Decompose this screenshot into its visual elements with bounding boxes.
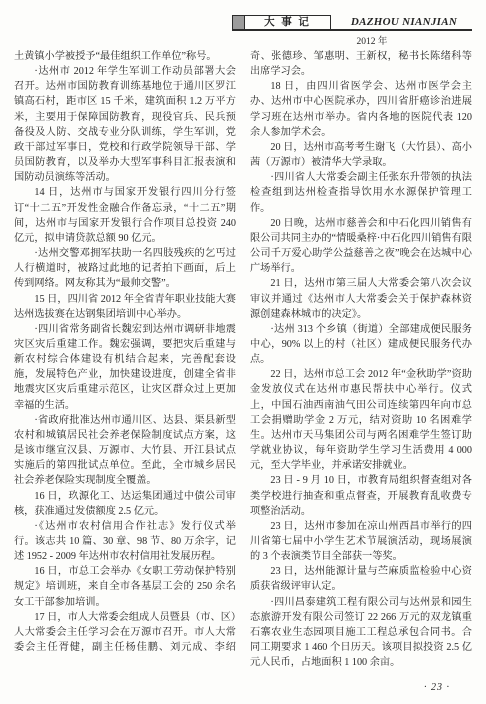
yearbook-page: 大 事 记 DAZHOU NIANJIAN 2012 年 土黄镇小学被授予“最佳… (0, 0, 486, 704)
paragraph: 23 日，达州能源计量与苎麻质监检验中心资质获省级评审认定。 (250, 564, 472, 594)
paragraph: 23 日，达州市参加在凉山州西昌市举行的四川省第七届中小学生艺术节展演活动，现场… (250, 519, 472, 564)
paragraph: ·四川省常务副省长魏宏到达州市调研非地震灾区灾后重建工作。魏宏强调，要把灾后重建… (14, 322, 236, 413)
paragraph: ·《达州市农村信用合作社志》发行仪式举行。该志共 10 篇、30 章、98 节、… (14, 519, 236, 564)
section-marker-square (233, 16, 245, 29)
paragraph: 15 日，四川省 2012 年全省青年职业技能大赛达州选拔赛在达钢集团培训中心举… (14, 292, 236, 322)
section-title-box: 大 事 记 (232, 15, 331, 30)
paragraph: ·四川省人大常委会副主任张东升带领的执法检查组到达州检查指导饮用水水源保护管理工… (250, 170, 472, 215)
paragraph: 20 日晚，达州市慈善会和中石化四川销售有限公司共同主办的“情暖桑梓·中石化四川… (250, 216, 472, 277)
paragraph: ·达州 313 个乡镇（街道）全部建成便民服务中心，90% 以上的村（社区）建成… (250, 322, 472, 367)
header-rule (232, 29, 472, 31)
paragraph: 16 日，玖源化工、达运集团通过中债公司审核，获准通过发债额度 2.5 亿元。 (14, 489, 236, 519)
paragraph: ·达州市 2012 年学生军训工作动员部署大会召开。达州市国防教育训练基地位于通… (14, 64, 236, 185)
paragraph: ·达州交警邓拥军扶助一名四肢残疾的乞丐过人行横道时，被路过此地的记者拍下画面，后… (14, 246, 236, 291)
article-columns: 土黄镇小学被授予“最佳组织工作单位”称号。·达州市 2012 年学生军训工作动员… (14, 49, 472, 671)
paragraph: 22 日，达州市总工会 2012 年“金秋助学”资助金发放仪式在达州市惠民帮扶中… (250, 367, 472, 473)
paragraph: 土黄镇小学被授予“最佳组织工作单位”称号。 (14, 49, 236, 64)
year-label: 2012 年 (330, 33, 414, 47)
paragraph: 14 日，达州市与国家开发银行四川分行签订“十二五”开发性金融合作备忘录，“十二… (14, 185, 236, 246)
paragraph: 16 日，市总工会举办《女职工劳动保护特别规定》培训班，来自全市各基层工会的 2… (14, 564, 236, 609)
paragraph: ·省政府批准达州市通川区、达县、渠县新型农村和城镇居民社会养老保险制度试点方案，… (14, 413, 236, 489)
paragraph: 20 日，达州市高考考生谢飞（大竹县）、高小茜（万源市）被清华大学录取。 (250, 140, 472, 170)
page-number: · 23 · (424, 682, 450, 693)
paragraph: 23 日 - 9 月 10 日，市教育局组织督查组对各类学校进行抽查和重点督查，… (250, 473, 472, 518)
paragraph: 21 日，达州市第三届人大常委会第八次会议审议并通过《达州市人大常委会关于保护森… (250, 276, 472, 321)
section-title: 大 事 记 (245, 16, 330, 29)
paragraph: 18 日，由四川省医学会、达州市医学会主办、达州市中心医院承办，四川省肝癌诊治进… (250, 79, 472, 140)
journal-title: DAZHOU NIANJIAN (338, 16, 470, 28)
paragraph: ·四川昌泰建筑工程有限公司与达州景和园生态旅游开发有限公司签订 22 266 万… (250, 595, 472, 671)
